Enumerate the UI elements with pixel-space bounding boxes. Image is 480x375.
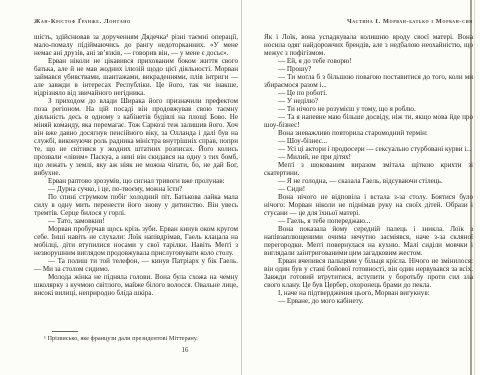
page-edge-highlight xyxy=(474,0,475,375)
paragraph: — Ти нічого не розумієш у тому, що я роб… xyxy=(264,105,473,113)
right-page-body: Як і Лоїк, вона успадкувала колишню врод… xyxy=(264,33,473,305)
paragraph: Морван пробурчав щось крізь зуби. Ерван … xyxy=(34,225,238,257)
book-spread: Жан-Крістоф Ґранже. Лонтано шість, здійс… xyxy=(0,0,480,375)
footnote-rule xyxy=(52,331,78,332)
paragraph: — Гаель, я тебе попереджаю... xyxy=(264,217,473,225)
paragraph: — Тато, замовкни! xyxy=(34,217,238,225)
paragraph: Вона нічого не відповіла і встала з-за с… xyxy=(264,193,473,217)
paragraph: Вона зневажливо повторила старомодний те… xyxy=(264,129,473,137)
paragraph: — Усі ці актори і продюсери — сексуально… xyxy=(264,145,473,153)
paragraph: — Ерване, до мого кабінету. xyxy=(264,297,473,305)
right-page: Частина І. Морван-батько і Морван-син Як… xyxy=(264,18,473,305)
paragraph: Молода жінка не підняла голови. Вона бул… xyxy=(34,273,238,297)
footnote-text: ¹ Прізвисько, яке французи дали президен… xyxy=(34,335,238,343)
paragraph: Ерван ніколи не цікавився прихованим бок… xyxy=(34,57,238,97)
paragraph: — Прошу? xyxy=(264,65,473,73)
paragraph: — Дурна сучко, і це, по-твоєму, можна їс… xyxy=(34,185,238,193)
paragraph: — Шоу-бізнес... xyxy=(264,137,473,145)
page-gutter-divider xyxy=(241,0,242,375)
paragraph: Як і Лоїк, вона успадкувала колишню врод… xyxy=(264,33,473,57)
paragraph: — Сиди! xyxy=(264,185,473,193)
paragraph: Ерван раптово зрозумів, що сигнал тривог… xyxy=(34,177,238,185)
paragraph: шість, здійснював за дорученням Дядечка¹… xyxy=(34,33,238,57)
left-page: Жан-Крістоф Ґранже. Лонтано шість, здійс… xyxy=(34,18,238,297)
paragraph: — У неділю? xyxy=(264,97,473,105)
paragraph: — Та я напевне маю більше досвіду, ніж т… xyxy=(264,113,473,129)
footnote-block: ¹ Прізвисько, яке французи дали президен… xyxy=(34,331,238,343)
paragraph: — Ей, я до тебе говорю! xyxy=(264,57,473,65)
running-head-chapter: Частина І. Морван-батько і Морван-син xyxy=(264,18,473,25)
running-head-author-title: Жан-Крістоф Ґранже. Лонтано xyxy=(34,18,238,25)
paragraph: — Ти могла б з більшою повагою поставити… xyxy=(264,73,473,89)
paragraph: — Я не голодна, — сказала Гаель, відсува… xyxy=(264,177,473,185)
paragraph: Меґґі з шокованим виразом змітала щіткою… xyxy=(264,161,473,177)
paragraph: І, наче на підтвердження цього, Морван в… xyxy=(264,289,473,297)
paragraph: — Та полиш ти той телефон, — кинув Патрі… xyxy=(34,257,238,273)
paragraph: — Милий, не при дітях! xyxy=(264,153,473,161)
page-number: 16 xyxy=(174,347,196,354)
paragraph: Вона показала йому середній палець і зни… xyxy=(264,225,473,257)
paragraph: Ерван вчепився пальцями у більця крісла.… xyxy=(264,257,473,289)
paragraph: По спині струмком побіг холодний піт. Ба… xyxy=(34,193,238,217)
left-page-body: шість, здійснював за дорученням Дядечка¹… xyxy=(34,33,238,297)
paragraph: — Це по роботі. xyxy=(264,89,473,97)
paragraph: З приходом до влади Ширака його призначи… xyxy=(34,97,238,177)
